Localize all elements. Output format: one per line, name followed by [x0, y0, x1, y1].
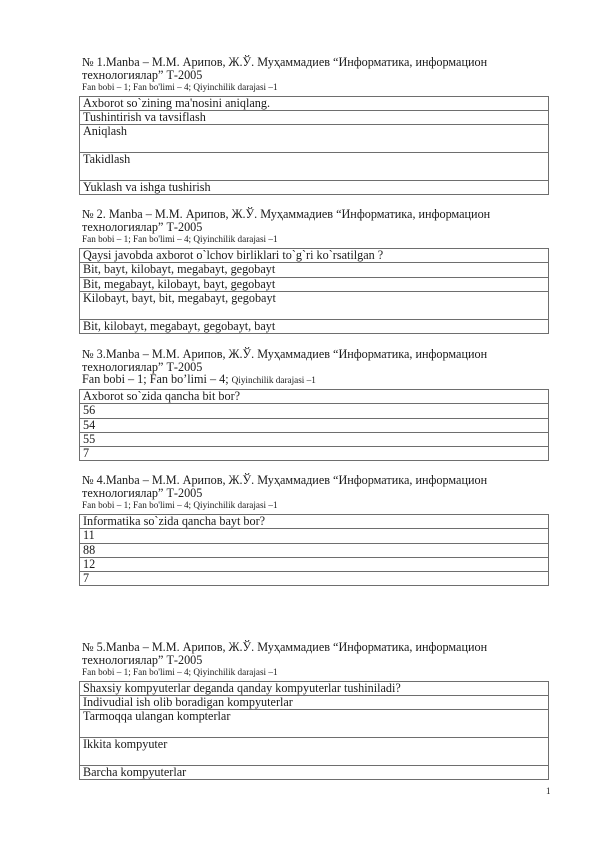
question-4-header: № 4.Manba – М.М. Арипов, Ж.Ў. Муҳаммадие… — [82, 474, 552, 510]
answer-option: 88 — [80, 544, 549, 558]
question-meta: Fan bobi – 1; Fan bo'limi – 4; Qiyinchil… — [82, 82, 552, 92]
answer-option: 54 — [80, 419, 549, 433]
answer-option: 11 — [80, 529, 549, 544]
question-3-table: Axborot so`zida qancha bit bor? 56 54 55… — [79, 389, 549, 461]
question-text: Informatika so`zida qancha bayt bor? — [80, 515, 549, 529]
answer-option: Bit, bayt, kilobayt, megabayt, gegobayt — [80, 263, 549, 278]
question-meta: Fan bobi – 1; Fan bo'limi – 4; Qiyinchil… — [82, 234, 552, 244]
question-1-table: Axborot so`zining ma'nosini aniqlang. Tu… — [79, 96, 549, 195]
question-1-header: № 1.Manba – М.М. Арипов, Ж.Ў. Муҳаммадие… — [82, 56, 552, 92]
answer-option: 7 — [80, 447, 549, 461]
source-title-cont: технологиялар” Т-2005 — [82, 69, 552, 82]
question-4-table: Informatika so`zida qancha bayt bor? 11 … — [79, 514, 549, 586]
question-meta-difficulty: Qiyinchilik darajasi –1 — [232, 375, 316, 385]
answer-option: 55 — [80, 433, 549, 447]
answer-option: 7 — [80, 572, 549, 586]
answer-option: Kilobayt, bayt, bit, megabayt, gegobayt — [80, 292, 549, 320]
answer-option: 12 — [80, 558, 549, 572]
answer-option: 56 — [80, 404, 549, 419]
question-meta: Fan bobi – 1; Fan bo’limi – 4; Qiyinchil… — [82, 374, 552, 385]
question-text: Axborot so`zining ma'nosini aniqlang. — [80, 97, 549, 111]
question-meta: Fan bobi – 1; Fan bo'limi – 4; Qiyinchil… — [82, 500, 552, 510]
answer-option: Tushintirish va tavsiflash — [80, 111, 549, 125]
question-text: Axborot so`zida qancha bit bor? — [80, 390, 549, 404]
question-text: Shaxsiy kompyuterlar deganda qanday komp… — [80, 682, 549, 696]
question-2-header: № 2. Manba – М.М. Арипов, Ж.Ў. Муҳаммади… — [82, 208, 552, 244]
question-3-header: № 3.Manba – М.М. Арипов, Ж.Ў. Муҳаммадие… — [82, 348, 552, 385]
question-5-table: Shaxsiy kompyuterlar deganda qanday komp… — [79, 681, 549, 780]
answer-option: Bit, kilobayt, megabayt, gegobayt, bayt — [80, 320, 549, 334]
source-title-cont: технологиялар” Т-2005 — [82, 654, 552, 667]
question-5-header: № 5.Manba – М.М. Арипов, Ж.Ў. Муҳаммадие… — [82, 641, 552, 677]
page-number: 1 — [546, 786, 551, 796]
answer-option: Aniqlash — [80, 125, 549, 153]
source-title-cont: технологиялар” Т-2005 — [82, 221, 552, 234]
answer-option: Takidlash — [80, 153, 549, 181]
question-meta: Fan bobi – 1; Fan bo'limi – 4; Qiyinchil… — [82, 667, 552, 677]
question-meta-chapter: Fan bobi – 1; Fan bo’limi – 4; — [82, 372, 232, 386]
answer-option: Indivudial ish olib boradigan kompyuterl… — [80, 696, 549, 710]
question-2-table: Qaysi javobda axborot o`lchov birliklari… — [79, 248, 549, 334]
answer-option: Bit, megabayt, kilobayt, bayt, gegobayt — [80, 278, 549, 292]
answer-option: Barcha kompyuterlar — [80, 766, 549, 780]
answer-option: Yuklash va ishga tushirish — [80, 181, 549, 195]
question-text: Qaysi javobda axborot o`lchov birliklari… — [80, 249, 549, 263]
answer-option: Ikkita kompyuter — [80, 738, 549, 766]
answer-option: Tarmoqqa ulangan kompterlar — [80, 710, 549, 738]
source-title-cont: технологиялар” Т-2005 — [82, 487, 552, 500]
